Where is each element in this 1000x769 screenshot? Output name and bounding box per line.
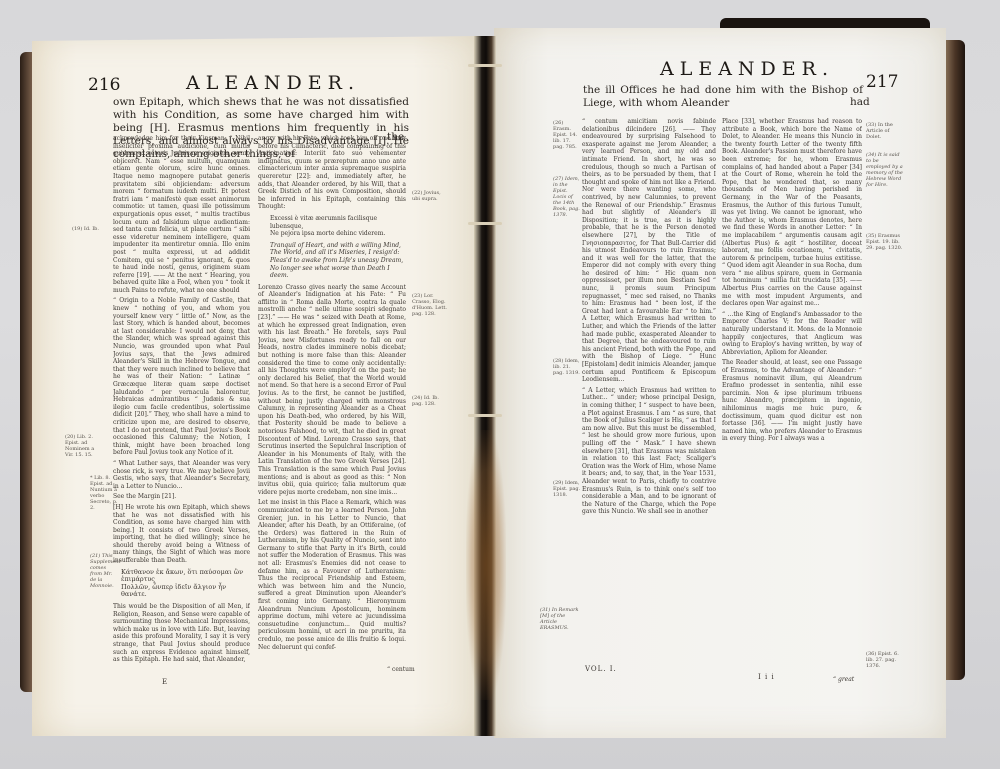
left-running-title: ALEANDER. bbox=[186, 72, 360, 94]
margin-note: (28) Idem, lib. 21. pag. 1319. bbox=[553, 358, 581, 376]
margin-note: (29) Idem, Epist. pag. 1318. bbox=[553, 480, 581, 498]
right-signature-mark: I i i bbox=[758, 673, 775, 681]
binding-thread bbox=[468, 414, 502, 417]
greek-line: Πολλῶν, ὧνπερ ἰδεῖν ἄλγιον ἦν θανάτε. bbox=[121, 584, 250, 599]
margin-note: (36) Epist. 6. lib. 27. pag. 1376. bbox=[866, 651, 904, 669]
verse-line: Ne pejora ipsa morte dehinc viderem. bbox=[270, 230, 406, 238]
paragraph: This would be the Disposition of all Men… bbox=[113, 603, 250, 664]
greek-epitaph: Κάτθανον ἐκ ἄκων, ὅτι παύσομαι ὢν ἐπιμάρ… bbox=[113, 569, 250, 599]
verse-line: No longer see what worse than Death I de… bbox=[270, 265, 406, 280]
paragraph: “ ...the King of England's Ambassador to… bbox=[722, 311, 862, 357]
margin-note: * Lib. 8. Epist. ad Nuntium à verbo Secr… bbox=[90, 475, 118, 511]
latin-verse: Excessi è vitæ æerumnis facilisque luben… bbox=[258, 215, 406, 238]
remark-h: [H] He wrote his own Epitaph, which shew… bbox=[113, 504, 250, 565]
paragraph: “ Origin to a Noble Family of Castile, t… bbox=[113, 297, 250, 456]
paragraph: Place [33], whether Erasmus had reason t… bbox=[722, 118, 862, 308]
margin-note: (26) Erasm. Epist. 14. lib. 17. pag. 785… bbox=[553, 120, 581, 150]
binding-thread bbox=[468, 64, 502, 67]
verse-line: Tranquil of Heart, and with a willing Mi… bbox=[270, 242, 406, 250]
margin-note: (33) In the Article of Dolet. bbox=[866, 122, 904, 140]
right-intro-text: the ill Offices he had done him with the… bbox=[583, 84, 863, 110]
english-verse: Tranquil of Heart, and with a willing Mi… bbox=[258, 242, 406, 280]
margin-note: (35) Erasmus Epist. 19. lib. 29. pag. 13… bbox=[866, 233, 904, 251]
right-intro-catchword: had bbox=[850, 96, 870, 109]
margin-note: (24) Id. Ib. pag. 128. bbox=[412, 395, 450, 407]
right-page-number: 217 bbox=[866, 72, 898, 92]
binding-thread bbox=[468, 222, 502, 225]
paragraph: “ centum amicitiam novis fabinde delatio… bbox=[582, 118, 716, 384]
left-page-number: 216 bbox=[88, 75, 120, 95]
margin-note: (19) Id. Ib. bbox=[72, 226, 110, 232]
verse-line: Pleas'd to awake from Life's uneasy Drea… bbox=[270, 257, 406, 265]
left-page-column-1: acknowledge him for their Kinsman: “ Nih… bbox=[113, 135, 250, 680]
paragraph: “ What Luther says, that Aleander was ve… bbox=[113, 460, 250, 490]
verse-line: The World, and all it's Miseries, I resi… bbox=[270, 249, 406, 257]
verse-line: Excessi è vitæ æerumnis facilisque luben… bbox=[270, 215, 406, 230]
paragraph: acknowledge him for their Kinsman: “ Nih… bbox=[113, 135, 250, 294]
water-stain bbox=[466, 430, 506, 700]
paragraph: Lorenzo Crasso gives nearly the same Acc… bbox=[258, 284, 406, 497]
right-page-column-2: Place [33], whether Erasmus had reason t… bbox=[722, 118, 862, 668]
margin-note: (31) In Remark [M] of the Article ERASMU… bbox=[540, 607, 580, 631]
paragraph: See the Margin [21]. bbox=[113, 493, 250, 501]
margin-note: (23) Lor. Crasso, Elog. d'Huom. Lett. pa… bbox=[412, 293, 450, 317]
margin-note: (20) Lib. 2. Epist. ad Nominem a Vir. 15… bbox=[65, 434, 103, 458]
book-cover-right-edge bbox=[945, 40, 965, 680]
paragraph: angry with his Fate, which took him off … bbox=[258, 135, 406, 211]
right-catchword: “ great bbox=[833, 676, 854, 683]
margin-note: (22) Jovius, ubi supra. bbox=[412, 190, 450, 202]
greek-line: Κάτθανον ἐκ ἄκων, ὅτι παύσομαι ὢν ἐπιμάρ… bbox=[121, 569, 250, 584]
right-page-column-1: “ centum amicitiam novis fabinde delatio… bbox=[582, 118, 716, 666]
left-signature: Ε bbox=[162, 678, 168, 686]
paragraph: The Reader should, at least, see one Pas… bbox=[722, 359, 862, 443]
margin-note: (27) Idem, in the Epist. Locis of the 14… bbox=[553, 176, 581, 218]
left-catchword: “ centum bbox=[387, 666, 415, 673]
right-signature-volume: VOL. I. bbox=[585, 665, 617, 673]
left-page-column-2: angry with his Fate, which took him off … bbox=[258, 135, 406, 675]
paragraph: “ A Letter, which Erasmus had written to… bbox=[582, 387, 716, 516]
margin-note: (21) This Supplement comes from Mr. de l… bbox=[90, 553, 118, 589]
right-running-title: ALEANDER. bbox=[660, 58, 834, 80]
margin-note: (34) It is said to be employed by a memo… bbox=[866, 152, 904, 188]
paragraph: Let me insist in this Place a Remark, wh… bbox=[258, 499, 406, 651]
